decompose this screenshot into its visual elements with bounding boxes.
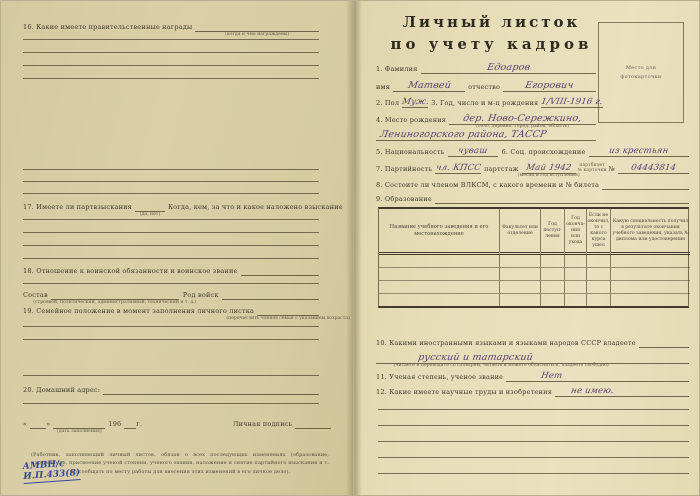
home-address-label: 20. Домашний адрес: xyxy=(23,387,103,395)
edu-cell-empty xyxy=(540,294,564,306)
languages-value: русский и татарский xyxy=(417,354,533,363)
form-title-line1: Личный листок xyxy=(384,13,599,31)
field-signature: Личная подпись xyxy=(233,420,331,429)
languages-caption: (читаете и переводите со словарем, читае… xyxy=(394,363,609,369)
komsomol-label: 8. Состоите ли членом ВЛКСМ, с какого вр… xyxy=(376,182,602,190)
party-label: 7. Партийность xyxy=(376,166,435,174)
blank-line xyxy=(23,193,319,194)
military-blank xyxy=(241,267,319,276)
year-blank xyxy=(124,420,136,429)
family-label: 19. Семейное положение в момент заполнен… xyxy=(23,308,257,316)
field-home-address: 20. Домашний адрес: xyxy=(23,386,319,395)
sex-value: Муж. xyxy=(402,99,430,107)
edu-cell-empty xyxy=(610,294,690,306)
party-penalties-caption: (да, нет) xyxy=(140,212,160,218)
patronymic-value: Егорович xyxy=(525,82,575,91)
field-family: 19. Семейное положение в момент заполнен… xyxy=(23,307,319,316)
birthplace-blank-2: Лениногорского района, ТАССР xyxy=(376,131,596,141)
degree-blank: Нет xyxy=(506,373,689,382)
languages-blank xyxy=(639,339,689,348)
works-label: 12. Какие имеете научные труды и изобрет… xyxy=(376,389,555,397)
surname-label: 1. Фамилия xyxy=(376,66,421,74)
handwritten-archive-note: АМВН/с И.П.433(8) xyxy=(22,458,80,484)
patronymic-blank: Егорович xyxy=(503,82,596,92)
quote-close: » xyxy=(46,421,53,429)
field-education: 9. Образование xyxy=(376,195,689,204)
party-penalties-yn-blank: (да, нет) xyxy=(135,203,165,212)
party-card-caption-line2: № карточки xyxy=(578,169,607,174)
degree-value: Нет xyxy=(541,373,563,381)
blank-line xyxy=(378,473,689,474)
party-penalties-label2: Когда, кем, за что и какое наложено взыс… xyxy=(165,204,346,212)
blank-line xyxy=(23,283,319,284)
birthplace-blank: дер. Ново-Сережкино, (село, деревня, гор… xyxy=(449,115,596,125)
sostav-blank: (строевой, политический, административны… xyxy=(51,291,179,300)
edu-cell-empty xyxy=(379,294,499,306)
education-label: 9. Образование xyxy=(376,196,435,204)
blank-line xyxy=(378,441,689,442)
blank-line xyxy=(23,375,319,376)
party-blank: чл. КПСС xyxy=(435,165,481,174)
origin-label: 6. Соц. происхождение xyxy=(498,149,589,157)
origin-value: из крестьян xyxy=(608,148,669,156)
party-card-caption: партбилет № карточки xyxy=(576,164,609,174)
edu-cell-empty xyxy=(610,268,690,281)
blank-line xyxy=(23,181,319,182)
nationality-value: чуваш xyxy=(457,148,488,156)
field-languages-line2: русский и татарский (читаете и переводит… xyxy=(376,354,689,364)
field-fill-date: « » (дата заполнения) 196 г. xyxy=(23,420,158,429)
birth-blank: 1/VIII-1916 г. xyxy=(541,99,603,108)
field-name-patronymic: имя Матвей отчество Егорович xyxy=(376,82,596,92)
birth-value: 1/VIII-1916 г. xyxy=(541,99,604,107)
quote-open: « xyxy=(23,421,30,429)
party-card-value: 04443814 xyxy=(630,165,676,173)
field-birthplace: 4. Место рождения дер. Ново-Сережкино, (… xyxy=(376,115,596,125)
edu-col-institution: Название учебного заведения и его местон… xyxy=(379,209,499,255)
field-sex-birth: 2. Пол Муж. 3. Год, число и м-ц рождения… xyxy=(376,99,596,108)
date-month-blank: (дата заполнения) xyxy=(53,420,105,429)
edu-cell-empty xyxy=(499,294,540,306)
awards-blank: (когда и чем награждены) xyxy=(195,23,319,32)
signature-blank xyxy=(295,420,331,429)
patronymic-label: отчество xyxy=(465,84,503,92)
edu-cell-empty xyxy=(564,268,586,281)
date-day-blank xyxy=(30,420,46,429)
blank-line xyxy=(378,457,689,458)
field-awards: 16. Какие имеете правительственные награ… xyxy=(23,23,319,32)
field-scientific-works: 12. Какие имеете научные труды и изобрет… xyxy=(376,388,689,397)
blank-line xyxy=(378,409,689,410)
edu-cell-empty xyxy=(499,255,540,268)
left-page: 16. Какие имеете правительственные награ… xyxy=(1,1,353,496)
origin-blank: из крестьян xyxy=(589,148,689,157)
blank-line xyxy=(23,52,319,53)
education-blank xyxy=(435,195,689,204)
nationality-label: 5. Национальность xyxy=(376,149,448,157)
blank-line xyxy=(23,403,319,404)
field-surname: 1. Фамилия Едоаров xyxy=(376,64,596,74)
blank-line xyxy=(23,245,319,246)
birthplace-value-1: дер. Ново-Сережкино, xyxy=(463,115,583,124)
edu-cell-empty xyxy=(610,255,690,268)
party-card-blank: 04443814 xyxy=(618,165,689,174)
edu-cell-empty xyxy=(586,294,610,306)
edu-cell-empty xyxy=(586,268,610,281)
sex-label: 2. Пол xyxy=(376,100,402,108)
surname-blank: Едоаров xyxy=(421,64,597,74)
blank-line xyxy=(23,326,319,327)
party-card-no-label: № xyxy=(609,166,618,174)
edu-cell-empty xyxy=(586,281,610,294)
edu-cell-empty xyxy=(379,281,499,294)
party-since-caption: (месяц и год вступления) xyxy=(518,173,580,179)
edu-col-course-left: Если не окончил, то с какого курса ушел xyxy=(586,209,610,255)
name-blank: Матвей xyxy=(393,82,465,92)
field-languages: 10. Какими иностранными языками и языкам… xyxy=(376,339,689,348)
photo-placeholder-label: Место для фотокарточки xyxy=(616,64,666,81)
edu-col-specialty: Какую специальность получил в результате… xyxy=(610,209,690,255)
edu-cell-empty xyxy=(540,255,564,268)
edu-cell-empty xyxy=(499,268,540,281)
komsomol-blank xyxy=(602,181,689,190)
edu-col-year-entered: Год поступ- ления xyxy=(540,209,564,255)
languages-label: 10. Какими иностранными языками и языкам… xyxy=(376,340,639,348)
field-nationality-origin: 5. Национальность чуваш 6. Соц. происхож… xyxy=(376,148,689,157)
signature-label: Личная подпись xyxy=(233,421,295,429)
name-value: Матвей xyxy=(407,82,451,91)
date-caption: (дата заполнения) xyxy=(57,429,102,435)
blank-line xyxy=(23,339,319,340)
family-caption: (перечислить членов семьи с указанием во… xyxy=(226,316,349,322)
field-military: 18. Отношение к воинской обязанности и в… xyxy=(23,267,319,276)
party-penalties-label: 17. Имеете ли партвзыскания xyxy=(23,204,135,212)
edu-cell-empty xyxy=(379,268,499,281)
works-value: не имею. xyxy=(570,388,614,396)
archive-note-line2: И.П.433(8) xyxy=(23,468,80,483)
sex-blank: Муж. xyxy=(402,99,428,108)
blank-line xyxy=(23,65,319,66)
degree-label: 11. Ученая степень, ученое звание xyxy=(376,374,506,382)
year-prefix: 196 xyxy=(105,421,124,429)
edu-cell-empty xyxy=(564,281,586,294)
form-title-line2: по учету кадров xyxy=(384,35,599,53)
page-fold xyxy=(346,1,362,496)
blank-line xyxy=(23,78,319,79)
scanned-personnel-form: 16. Какие имеете правительственные награ… xyxy=(0,0,700,496)
edu-cell-empty xyxy=(586,255,610,268)
edu-cell-empty xyxy=(564,294,586,306)
blank-line xyxy=(23,232,319,233)
military-label: 18. Отношение к воинской обязанности и в… xyxy=(23,268,241,276)
blank-line xyxy=(23,169,319,170)
edu-col-year-left: Год оконча- ния или ухода xyxy=(564,209,586,255)
party-since-value: Май 1942 xyxy=(525,165,572,173)
birthplace-label: 4. Место рождения xyxy=(376,117,449,125)
edu-cell-empty xyxy=(540,281,564,294)
field-party-membership: 7. Партийность чл. КПСС партстаж Май 194… xyxy=(376,164,689,174)
awards-caption: (когда и чем награждены) xyxy=(225,32,289,38)
nationality-blank: чуваш xyxy=(448,148,498,157)
blank-line xyxy=(378,425,689,426)
party-since-blank: Май 1942 (месяц и год вступления) xyxy=(522,165,576,174)
awards-label: 16. Какие имеете правительственные награ… xyxy=(23,24,195,32)
sostav-caption: (строевой, политический, административны… xyxy=(33,300,196,306)
blank-line xyxy=(23,258,319,259)
rod-voysk-blank xyxy=(222,291,319,300)
field-komsomol: 8. Состоите ли членом ВЛКСМ, с какого вр… xyxy=(376,181,689,190)
edu-col-faculty: Факультет или отделение xyxy=(499,209,540,255)
family-blank: (перечислить членов семьи с указанием во… xyxy=(257,307,319,316)
surname-value: Едоаров xyxy=(486,64,531,73)
field-military-branch: Состав (строевой, политический, админист… xyxy=(23,291,319,300)
field-degree: 11. Ученая степень, ученое звание Нет xyxy=(376,373,689,382)
edu-cell-empty xyxy=(540,268,564,281)
field-party-penalties: 17. Имеете ли партвзыскания (да, нет) Ко… xyxy=(23,203,319,212)
edu-cell-empty xyxy=(379,255,499,268)
education-table: Название учебного заведения и его местон… xyxy=(378,207,689,308)
home-address-blank xyxy=(103,386,319,395)
blank-line xyxy=(23,39,319,40)
photo-placeholder-box: Место для фотокарточки xyxy=(598,22,684,123)
blank-line xyxy=(23,219,319,220)
party-since-label: партстаж xyxy=(481,166,522,174)
year-suffix: г. xyxy=(136,421,145,429)
field-birthplace-line2: Лениногорского района, ТАССР xyxy=(376,131,596,141)
birth-label: 3. Год, число и м-ц рождения xyxy=(428,100,541,108)
languages-value-blank: русский и татарский (читаете и переводит… xyxy=(376,354,689,364)
edu-cell-empty xyxy=(499,281,540,294)
name-label: имя xyxy=(376,84,393,92)
party-value: чл. КПСС xyxy=(435,165,481,173)
works-blank: не имею. xyxy=(555,388,689,397)
edu-cell-empty xyxy=(564,255,586,268)
birthplace-value-2: Лениногорского района, ТАССР xyxy=(379,131,547,140)
edu-cell-empty xyxy=(610,281,690,294)
